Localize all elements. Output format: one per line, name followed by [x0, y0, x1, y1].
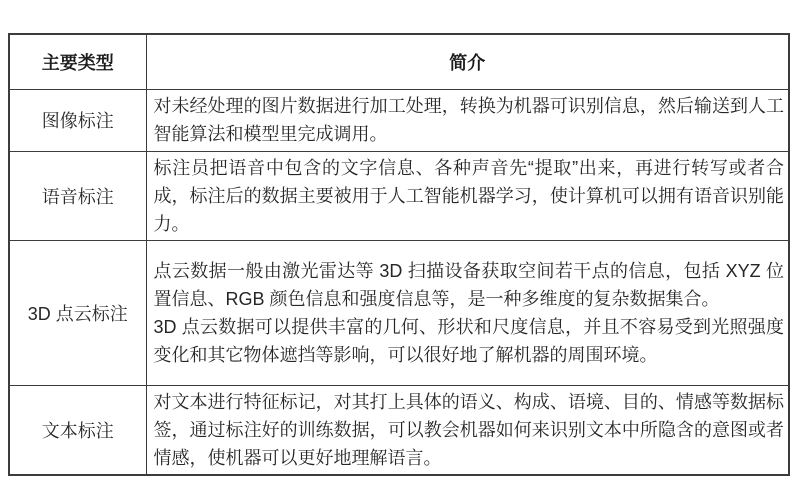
- type-label-3d-pointcloud: 3D 点云标注: [9, 240, 146, 385]
- desc-cell-3d-pointcloud: 点云数据一般由激光雷达等 3D 扫描设备获取空间若干点的信息，包括 XYZ 位置…: [146, 240, 789, 385]
- desc-cell-image: 对未经处理的图片数据进行加工处理，转换为机器可识别信息，然后输送到人工智能算法和…: [146, 89, 789, 151]
- type-label-voice: 语音标注: [9, 151, 146, 240]
- header-intro: 简介: [146, 34, 789, 89]
- desc-cell-voice: 标注员把语音中包含的文字信息、各种声音先“提取”出来，再进行转写或者合成，标注后…: [146, 151, 789, 240]
- desc-paragraph: 点云数据一般由激光雷达等 3D 扫描设备获取空间若干点的信息，包括 XYZ 位置…: [154, 257, 785, 313]
- annotation-types-table: 主要类型 简介 图像标注 对未经处理的图片数据进行加工处理，转换为机器可识别信息…: [8, 33, 790, 476]
- desc-paragraph: 对文本进行特征标记，对其打上具体的语义、构成、语境、目的、情感等数据标签，通过标…: [154, 388, 785, 472]
- table-row-3d-pointcloud-annotation: 3D 点云标注 点云数据一般由激光雷达等 3D 扫描设备获取空间若干点的信息，包…: [9, 240, 789, 385]
- desc-paragraph: 标注员把语音中包含的文字信息、各种声音先“提取”出来，再进行转写或者合成，标注后…: [154, 154, 785, 238]
- desc-cell-text: 对文本进行特征标记，对其打上具体的语义、构成、语境、目的、情感等数据标签，通过标…: [146, 385, 789, 475]
- page: 主要类型 简介 图像标注 对未经处理的图片数据进行加工处理，转换为机器可识别信息…: [0, 0, 800, 500]
- table-header-row: 主要类型 简介: [9, 34, 789, 89]
- desc-paragraph: 3D 点云数据可以提供丰富的几何、形状和尺度信息，并且不容易受到光照强度变化和其…: [154, 313, 785, 369]
- type-label-text: 文本标注: [9, 385, 146, 475]
- table-row-voice-annotation: 语音标注 标注员把语音中包含的文字信息、各种声音先“提取”出来，再进行转写或者合…: [9, 151, 789, 240]
- header-main-type: 主要类型: [9, 34, 146, 89]
- table-row-image-annotation: 图像标注 对未经处理的图片数据进行加工处理，转换为机器可识别信息，然后输送到人工…: [9, 89, 789, 151]
- table-row-text-annotation: 文本标注 对文本进行特征标记，对其打上具体的语义、构成、语境、目的、情感等数据标…: [9, 385, 789, 475]
- type-label-image: 图像标注: [9, 89, 146, 151]
- desc-paragraph: 对未经处理的图片数据进行加工处理，转换为机器可识别信息，然后输送到人工智能算法和…: [154, 92, 785, 148]
